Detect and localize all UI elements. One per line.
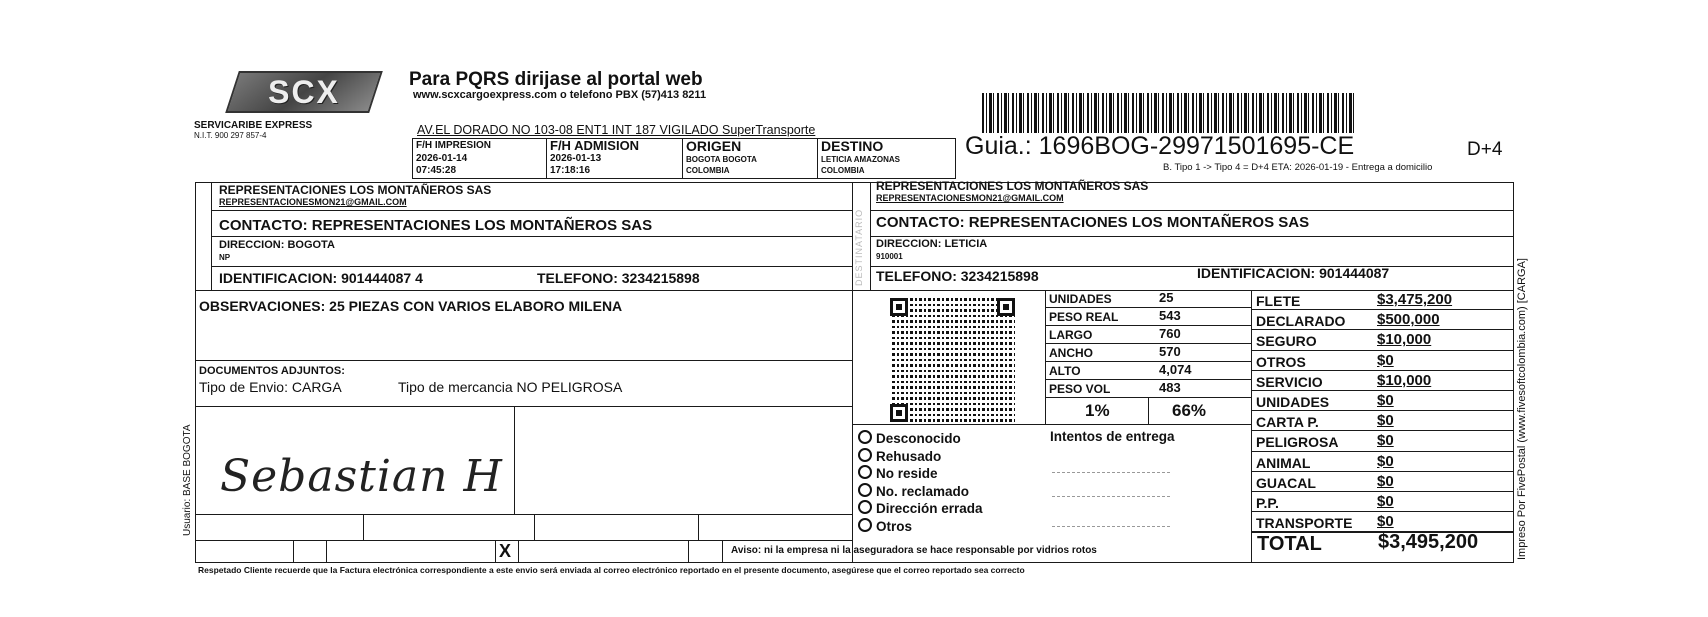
return-reason-option[interactable]: Desconocido [858, 430, 961, 446]
charge-label: UNIDADES [1256, 395, 1329, 409]
radio-icon[interactable] [858, 518, 872, 532]
charge-value: $0 [1377, 353, 1394, 368]
charge-row: TRANSPORTE$0 [1251, 512, 1514, 532]
charge-value: $0 [1377, 494, 1394, 509]
impresion-time: 07:45:28 [416, 166, 456, 176]
charge-row: DECLARADO$500,000 [1251, 310, 1514, 330]
charge-row: OTROS$0 [1251, 351, 1514, 371]
service-code: D+4 [1467, 140, 1502, 159]
measure-row: UNIDADES25 [1045, 290, 1251, 308]
return-reason-label: Dirección errada [876, 501, 983, 516]
charge-label: OTROS [1256, 355, 1306, 369]
charge-label: ANIMAL [1256, 456, 1310, 470]
radio-icon[interactable] [858, 483, 872, 497]
charge-label: PELIGROSA [1256, 435, 1338, 449]
measure-row: PESO VOL483 [1045, 380, 1251, 398]
address-line: AV.EL DORADO NO 103-08 ENT1 INT 187 VIGI… [417, 124, 815, 137]
charge-row: SERVICIO$10,000 [1251, 371, 1514, 391]
sender-name: REPRESENTACIONES LOS MONTAÑEROS SAS [219, 184, 491, 196]
charge-value: $500,000 [1377, 312, 1440, 327]
bottom-mark: X [499, 542, 511, 560]
charge-value: $3,475,200 [1377, 292, 1452, 307]
return-reason-option[interactable]: Otros [858, 518, 912, 534]
sender-identification: IDENTIFICACION: 901444087 4 [219, 271, 423, 285]
radio-icon[interactable] [858, 500, 872, 514]
admision-date: 2026-01-13 [550, 154, 601, 164]
return-reason-option[interactable]: Dirección errada [858, 500, 983, 516]
delivery-attempts-label: Intentos de entrega [1050, 430, 1175, 444]
guia-number: Guia.: 1696BOG-29971501695-CE [965, 134, 1354, 159]
radio-icon[interactable] [858, 430, 872, 444]
charge-row: GUACAL$0 [1251, 472, 1514, 492]
charge-value: $0 [1377, 474, 1394, 489]
impresion-date: 2026-01-14 [416, 154, 467, 164]
return-reason-option[interactable]: No. reclamado [858, 483, 969, 499]
notice: Aviso: ni la empresa ni la aseguradora s… [731, 546, 1097, 556]
sender-address: DIRECCION: BOGOTA [219, 240, 335, 251]
measure-row: ANCHO570 [1045, 344, 1251, 362]
radio-icon[interactable] [858, 465, 872, 479]
pqrs-contact: www.scxcargoexpress.com o telefono PBX (… [413, 90, 706, 101]
company-logo: SCX [225, 71, 383, 113]
return-reason-label: Otros [876, 519, 912, 534]
percent-left: 1% [1085, 402, 1110, 419]
return-reason-label: No reside [876, 466, 938, 481]
pqrs-title: Para PQRS dirijase al portal web [409, 70, 703, 89]
total-label: TOTAL [1257, 534, 1322, 554]
total-value: $3,495,200 [1378, 532, 1478, 552]
charge-row: ANIMAL$0 [1251, 452, 1514, 472]
charge-row: FLETE$3,475,200 [1251, 290, 1514, 310]
charge-row: UNIDADES$0 [1251, 391, 1514, 411]
recipient-identification: IDENTIFICACION: 901444087 [1197, 266, 1389, 280]
goods-type: Tipo de mercancia NO PELIGROSA [398, 380, 622, 394]
company-nit: N.I.T. 900 297 857-4 [194, 132, 267, 140]
charge-row: PELIGROSA$0 [1251, 431, 1514, 451]
charge-row: CARTA P.$0 [1251, 411, 1514, 431]
charge-label: GUACAL [1256, 476, 1316, 490]
observations: OBSERVACIONES: 25 PIEZAS CON VARIOS ELAB… [199, 299, 622, 313]
charge-value: $10,000 [1377, 373, 1431, 388]
measure-row: LARGO760 [1045, 326, 1251, 344]
charge-label: SERVICIO [1256, 375, 1323, 389]
recipient-contact: CONTACTO: REPRESENTACIONES LOS MONTAÑERO… [876, 215, 1309, 230]
radio-icon[interactable] [858, 448, 872, 462]
impresion-label: F/H IMPRESION [416, 141, 491, 151]
measure-row: ALTO4,074 [1045, 362, 1251, 380]
destino-country: COLOMBIA [821, 167, 865, 175]
sender-address-sub: NP [219, 254, 230, 262]
measure-label: PESO VOL [1049, 383, 1110, 395]
measure-label: UNIDADES [1049, 293, 1112, 305]
recipient-phone: TELEFONO: 3234215898 [876, 269, 1039, 283]
charge-value: $10,000 [1377, 332, 1431, 347]
origen-country: COLOMBIA [686, 167, 730, 175]
recipient-address: DIRECCION: LETICIA [876, 239, 987, 250]
sender-email[interactable]: REPRESENTACIONESMON21@GMAIL.COM [219, 198, 407, 207]
admision-time: 17:18:16 [550, 166, 590, 176]
eta-line: B. Tipo 1 -> Tipo 4 = D+4 ETA: 2026-01-1… [1163, 163, 1432, 173]
recipient-postal-code: 910001 [876, 253, 903, 261]
charge-row: P.P.$0 [1251, 492, 1514, 512]
company-name: SERVICARIBE EXPRESS [194, 121, 312, 131]
charge-value: $0 [1377, 413, 1394, 428]
recipient-email[interactable]: REPRESENTACIONESMON21@GMAIL.COM [876, 194, 1064, 203]
return-reason-label: Rehusado [876, 449, 941, 464]
sender-phone: TELEFONO: 3234215898 [537, 271, 700, 285]
shipping-type: Tipo de Envio: CARGA [199, 380, 342, 394]
measure-row: PESO REAL543 [1045, 308, 1251, 326]
measure-value: 4,074 [1159, 363, 1192, 376]
sender-contact: CONTACTO: REPRESENTACIONES LOS MONTAÑERO… [219, 218, 652, 233]
charge-value: $0 [1377, 393, 1394, 408]
destino-label: DESTINO [821, 139, 883, 153]
measure-value: 25 [1159, 291, 1173, 304]
charge-value: $0 [1377, 454, 1394, 469]
measure-value: 570 [1159, 345, 1181, 358]
charge-label: P.P. [1256, 496, 1279, 510]
charge-label: SEGURO [1256, 334, 1317, 348]
destino-city: LETICIA AMAZONAS [821, 156, 900, 164]
origen-label: ORIGEN [686, 139, 741, 153]
documents-label: DOCUMENTOS ADJUNTOS: [199, 366, 345, 377]
recipient-name: REPRESENTACIONES LOS MONTAÑEROS SAS [876, 180, 1148, 192]
user-label: Usuario: BASE BOGOTA [183, 424, 193, 536]
charge-label: DECLARADO [1256, 314, 1345, 328]
measure-label: PESO REAL [1049, 311, 1118, 323]
charge-value: $0 [1377, 514, 1394, 529]
recipient-side-label: DESTINATARIO [855, 209, 864, 286]
measure-label: LARGO [1049, 329, 1092, 341]
charge-label: FLETE [1256, 294, 1300, 308]
measure-label: ALTO [1049, 365, 1081, 377]
admision-label: F/H ADMISION [550, 139, 639, 152]
return-reason-option[interactable]: No reside [858, 465, 938, 481]
return-reason-label: Desconocido [876, 431, 961, 446]
signature: Sebastian H [220, 455, 503, 499]
barcode [982, 93, 1357, 133]
percent-right: 66% [1172, 402, 1206, 419]
charge-label: CARTA P. [1256, 415, 1319, 429]
measure-label: ANCHO [1049, 347, 1093, 359]
charge-value: $0 [1377, 433, 1394, 448]
measure-value: 543 [1159, 309, 1181, 322]
return-reason-option[interactable]: Rehusado [858, 448, 941, 464]
return-reason-label: No. reclamado [876, 484, 969, 499]
origen-city: BOGOTA BOGOTA [686, 156, 757, 164]
charge-row: SEGURO$10,000 [1251, 330, 1514, 350]
charge-label: TRANSPORTE [1256, 516, 1352, 530]
footer-notice: Respetado Cliente recuerde que la Factur… [198, 566, 1025, 575]
measure-value: 760 [1159, 327, 1181, 340]
measure-value: 483 [1159, 381, 1181, 394]
side-print: Impreso Por FivePostal (www.fivesoftcolo… [1517, 258, 1528, 560]
